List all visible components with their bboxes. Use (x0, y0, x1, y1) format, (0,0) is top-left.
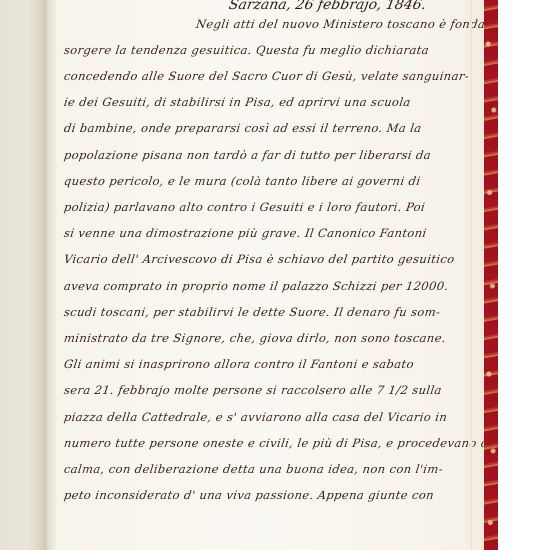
text-line: Vicario dell' Arcivescovo di Pisa è schi… (63, 252, 456, 266)
text-line: aveva comprato in proprio nome il palazz… (63, 279, 450, 293)
marbled-book-edge (484, 0, 498, 550)
text-line: sorgere la tendenza gesuitica. Questa fu… (63, 43, 430, 57)
text-line: polizia) parlavano alto contro i Gesuiti… (63, 200, 426, 214)
text-line: scudi toscani, per stabilirvi le dette S… (63, 305, 441, 319)
text-line: questo pericolo, e le mura (colà tanto l… (63, 174, 421, 188)
text-line: numero tutte persone oneste e civili, le… (63, 436, 484, 450)
text-line: di bambine, onde prepararsi così ad essi… (63, 121, 423, 135)
text-line: concedendo alle Suore del Sacro Cuor di … (63, 69, 470, 83)
text-line: sera 21. febbrajo molte persone si racco… (63, 383, 443, 397)
manuscript-text: Sarzana, 26 febbrajo, 1846. Negli atti d… (56, 0, 484, 550)
text-line: Gli animi si inasprirono allora contro i… (63, 357, 415, 371)
text-line: piazza della Cattedrale, e s' avviarono … (63, 410, 448, 424)
text-line: peto inconsiderato d' una viva passione.… (63, 488, 435, 502)
facing-page (0, 0, 46, 550)
text-line: Negli atti del nuovo Ministero toscano è… (195, 17, 484, 31)
text-line: popolazione pisana non tardò a far di tu… (63, 148, 432, 162)
text-line: ie dei Gesuiti, di stabilirsi in Pisa, e… (63, 95, 412, 109)
page-edge (470, 0, 472, 550)
date-header: Sarzana, 26 febbrajo, 1846. (228, 0, 428, 13)
text-line: calma, con deliberazione detta una buona… (63, 462, 444, 476)
manuscript-page: Sarzana, 26 febbrajo, 1846. Negli atti d… (56, 0, 484, 550)
text-line: ministrato da tre Signore, che, giova di… (63, 331, 447, 345)
text-line: si venne una dimostrazione più grave. Il… (63, 226, 428, 240)
